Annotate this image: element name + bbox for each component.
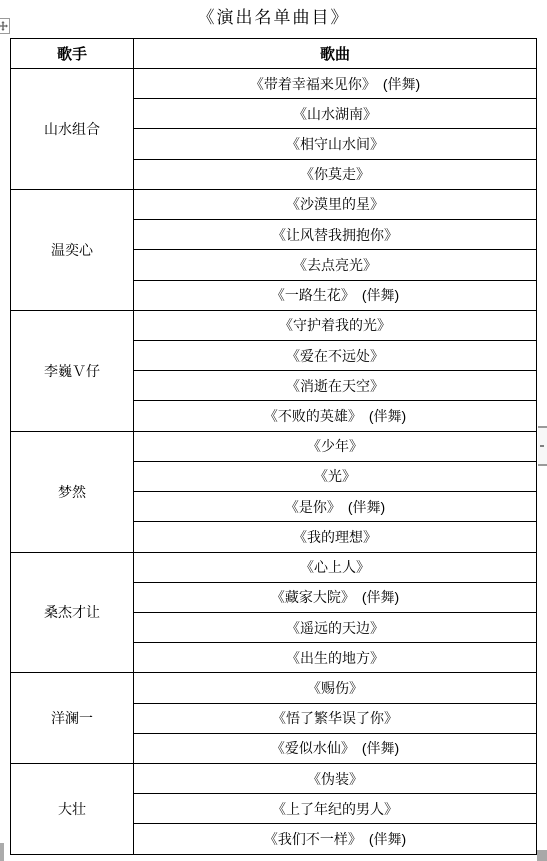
song-cell: 《守护着我的光》 <box>134 310 537 340</box>
table-row: 温奕心《沙漠里的星》 <box>11 189 537 219</box>
table-row: 洋澜一《赐伤》 <box>11 673 537 703</box>
song-cell: 《去点亮光》 <box>134 250 537 280</box>
song-cell: 《光》 <box>134 461 537 491</box>
song-column-header: 歌曲 <box>134 39 537 69</box>
song-cell: 《带着幸福来见你》 (伴舞) <box>134 69 537 99</box>
song-cell: 《上了年纪的男人》 <box>134 794 537 824</box>
song-cell: 《不败的英雄》 (伴舞) <box>134 401 537 431</box>
song-table-body: 山水组合《带着幸福来见你》 (伴舞)《山水湖南》《相守山水间》《你莫走》温奕心《… <box>11 69 537 855</box>
move-arrows-icon <box>0 21 8 31</box>
singer-cell: 山水组合 <box>11 69 134 190</box>
song-cell: 《赐伤》 <box>134 673 537 703</box>
song-cell: 《沙漠里的星》 <box>134 189 537 219</box>
scrollbar-thumb-dash-icon <box>540 445 544 447</box>
singer-column-header: 歌手 <box>11 39 134 69</box>
page-edge-strip <box>0 843 4 861</box>
singer-cell: 温奕心 <box>11 189 134 310</box>
song-cell: 《山水湖南》 <box>134 99 537 129</box>
singer-cell: 洋澜一 <box>11 673 134 764</box>
table-row: 桑杰才让《心上人》 <box>11 552 537 582</box>
song-cell: 《消逝在天空》 <box>134 371 537 401</box>
song-cell: 《爱在不远处》 <box>134 340 537 370</box>
song-cell: 《相守山水间》 <box>134 129 537 159</box>
table-row: 山水组合《带着幸福来见你》 (伴舞) <box>11 69 537 99</box>
song-table: 歌手 歌曲 山水组合《带着幸福来见你》 (伴舞)《山水湖南》《相守山水间》《你莫… <box>10 38 537 855</box>
scrollbar-fragment[interactable] <box>538 426 547 466</box>
song-cell: 《你莫走》 <box>134 159 537 189</box>
scrollbar-cap-top-icon <box>538 426 547 428</box>
singer-cell: 桑杰才让 <box>11 552 134 673</box>
table-row: 大壮《伪装》 <box>11 764 537 794</box>
song-cell: 《出生的地方》 <box>134 643 537 673</box>
singer-cell: 李巍Ｖ仔 <box>11 310 134 431</box>
table-row: 梦然《少年》 <box>11 431 537 461</box>
song-cell: 《藏家大院》 (伴舞) <box>134 582 537 612</box>
scrollbar-cap-bottom-icon <box>538 464 547 466</box>
song-cell: 《心上人》 <box>134 552 537 582</box>
song-cell: 《我们不一样》 (伴舞) <box>134 824 537 855</box>
table-move-handle[interactable] <box>0 18 10 34</box>
table-resize-handle[interactable] <box>537 850 547 861</box>
song-cell: 《伪装》 <box>134 764 537 794</box>
document-title: 《演出名单曲目》 <box>0 6 547 30</box>
header-row: 歌手 歌曲 <box>11 39 537 69</box>
song-cell: 《爱似水仙》 (伴舞) <box>134 733 537 763</box>
singer-cell: 大壮 <box>11 764 134 855</box>
song-cell: 《遥远的天边》 <box>134 612 537 642</box>
song-cell: 《悟了繁华误了你》 <box>134 703 537 733</box>
song-cell: 《是你》 (伴舞) <box>134 492 537 522</box>
song-cell: 《少年》 <box>134 431 537 461</box>
singer-cell: 梦然 <box>11 431 134 552</box>
song-cell: 《我的理想》 <box>134 522 537 552</box>
song-cell: 《让风替我拥抱你》 <box>134 220 537 250</box>
song-cell: 《一路生花》 (伴舞) <box>134 280 537 310</box>
document-page: 《演出名单曲目》 歌手 歌曲 山水组合《带着幸福来见你》 (伴舞)《山水湖南》《… <box>0 0 547 861</box>
table-row: 李巍Ｖ仔《守护着我的光》 <box>11 310 537 340</box>
